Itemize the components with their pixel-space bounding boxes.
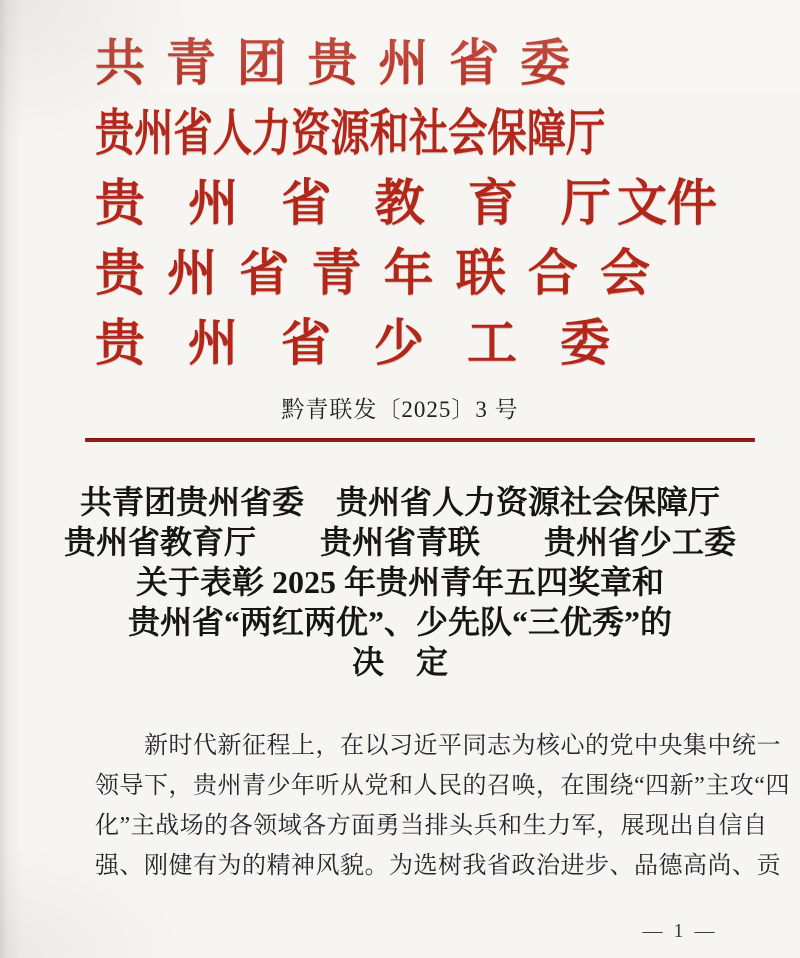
- letterhead-line-5: 贵州省少工委: [95, 316, 610, 371]
- title-line-3: 关于表彰 2025 年贵州青年五四奖章和: [0, 562, 800, 602]
- letterhead-line-3-suffix: 文件: [617, 176, 717, 231]
- document-title: 共青团贵州省委 贵州省人力资源社会保障厅 贵州省教育厅 贵州省青联 贵州省少工委…: [0, 482, 800, 682]
- title-line-2: 贵州省教育厅 贵州省青联 贵州省少工委: [0, 522, 800, 562]
- title-line-5: 决 定: [0, 642, 800, 682]
- letterhead-line-3: 贵州省教育厅 文件: [95, 176, 717, 231]
- letterhead-line-1: 共青团贵州省委: [95, 36, 570, 91]
- title-line-1: 共青团贵州省委 贵州省人力资源社会保障厅: [0, 482, 800, 522]
- body-line-1: 新时代新征程上，在以习近平同志为核心的党中央集中统一: [95, 726, 755, 766]
- page-number: — 1 —: [600, 918, 760, 944]
- letterhead-line-4: 贵州省青年联合会: [95, 246, 650, 301]
- body-line-4: 强、刚健有为的精神风貌。为选树我省政治进步、品德高尚、贡: [95, 846, 755, 886]
- document-number: 黔青联发〔2025〕3 号: [0, 396, 800, 424]
- title-line-4: 贵州省“两红两优”、少先队“三优秀”的: [0, 602, 800, 642]
- document-page: 共青团贵州省委 贵州省人力资源和社会保障厅 贵州省教育厅 文件 贵州省青年联合会…: [0, 0, 800, 958]
- letterhead-line-2: 贵州省人力资源和社会保障厅: [95, 106, 605, 161]
- body-line-3: 化”主战场的各领域各方面勇当排头兵和生力军，展现出自信自: [95, 806, 755, 846]
- body-line-2: 领导下，贵州青少年听从党和人民的召唤，在围绕“四新”主攻“四: [95, 766, 755, 806]
- red-letterhead: 共青团贵州省委 贵州省人力资源和社会保障厅 贵州省教育厅 文件 贵州省青年联合会…: [95, 36, 745, 386]
- red-separator-rule: [85, 438, 755, 442]
- body-paragraph: 新时代新征程上，在以习近平同志为核心的党中央集中统一 领导下，贵州青少年听从党和…: [95, 726, 755, 886]
- letterhead-line-3-agency: 贵州省教育厅: [95, 176, 611, 231]
